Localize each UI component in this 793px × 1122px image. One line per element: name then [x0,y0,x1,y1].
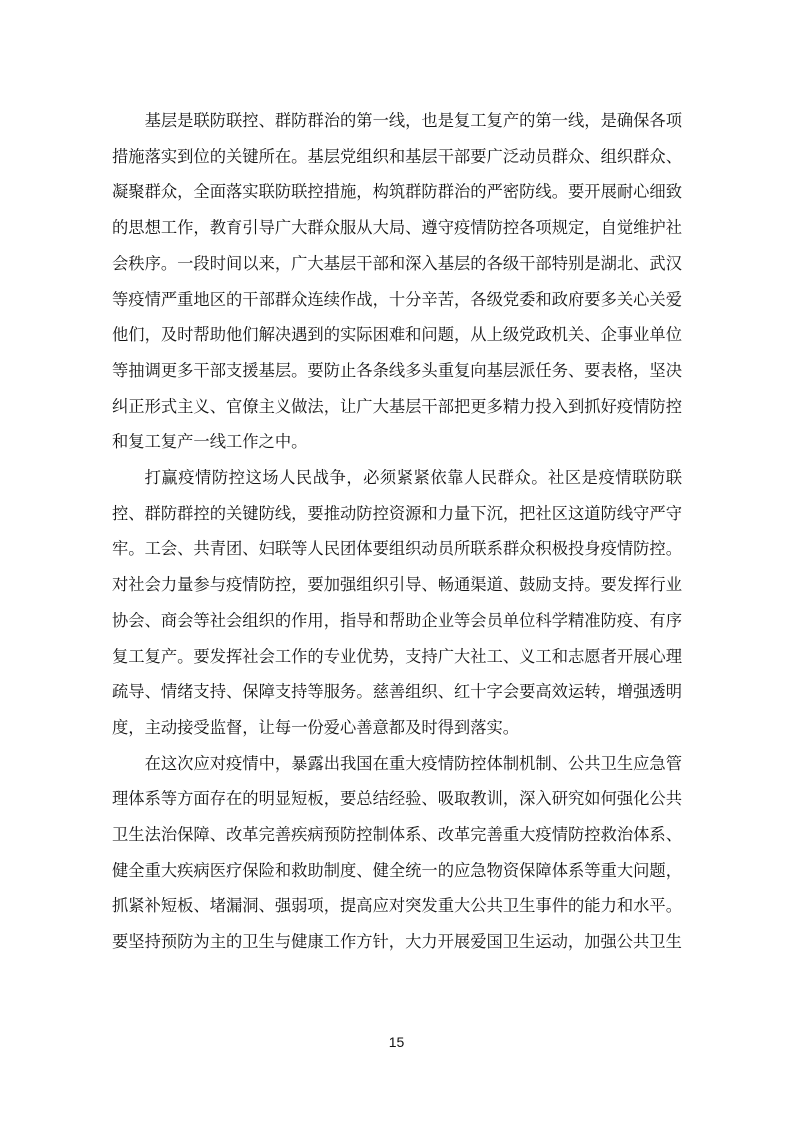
paragraph-2: 打赢疫情防控这场人民战争，必须紧紧依靠人民群众。社区是疫情联防联控、群防群控的关… [112,460,682,746]
document-page: 基层是联防联控、群防群治的第一线，也是复工复产的第一线，是确保各项措施落实到位的… [0,0,793,1122]
document-body: 基层是联防联控、群防群治的第一线，也是复工复产的第一线，是确保各项措施落实到位的… [112,103,682,960]
page-number: 15 [0,1034,793,1050]
paragraph-3: 在这次应对疫情中，暴露出我国在重大疫情防控体制机制、公共卫生应急管理体系等方面存… [112,746,682,960]
paragraph-1: 基层是联防联控、群防群治的第一线，也是复工复产的第一线，是确保各项措施落实到位的… [112,103,682,460]
